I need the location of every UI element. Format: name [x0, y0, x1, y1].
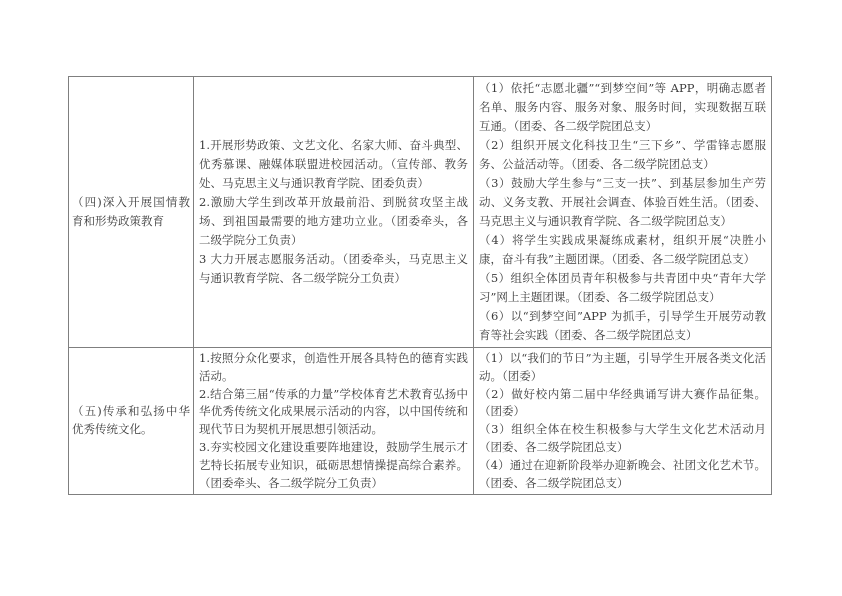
measure-item: 2.激励大学生到改革开放最前沿、到脱贫攻坚主战场、到祖国最需要的地方建功立业。（… [199, 193, 468, 250]
category-text: （四)深入开展国情教育和形势政策教育 [72, 193, 190, 231]
detail-item: （1）依托“志愿北疆”“到梦空间”等 APP，明确志愿者名单、服务内容、服务对象… [479, 79, 766, 136]
detail-item: （4）通过在迎新阶段举办迎新晚会、社团文化艺术节。（团委、各二级学院团总支） [479, 457, 766, 493]
table-row: （五)传承和弘扬中华优秀传统文化。 1.按照分众化要求，创造性开展各具特色的德育… [69, 348, 772, 495]
measure-item: 3 大力开展志愿服务活动。（团委牵头，马克思主义与通识教育学院、各二级学院分工负… [199, 250, 468, 288]
details-cell: （1）以“我们的节日”为主题，引导学生开展各类文化活动。（团委） （2）做好校内… [474, 348, 772, 495]
category-cell: （四)深入开展国情教育和形势政策教育 [69, 77, 194, 348]
category-text: （五)传承和弘扬中华优秀传统文化。 [72, 403, 190, 439]
detail-item: （3）鼓励大学生参与“三支一扶”、到基层参加生产劳动、义务支教、开展社会调查、体… [479, 174, 766, 231]
detail-item: （3）组织全体在校生积极参与大学生文化艺术活动月（团委、各二级学院团总支） [479, 421, 766, 457]
measure-item: 3.夯实校园文化建设重要阵地建设，鼓励学生展示才艺特长拓展专业知识，砥砺思想情操… [199, 439, 468, 492]
details-cell: （1）依托“志愿北疆”“到梦空间”等 APP，明确志愿者名单、服务内容、服务对象… [474, 77, 772, 348]
detail-item: （1）以“我们的节日”为主题，引导学生开展各类文化活动。（团委） [479, 350, 766, 386]
measures-cell: 1.开展形势政策、文艺文化、名家大师、奋斗典型、优秀慕课、融媒体联盟进校园活动。… [194, 77, 474, 348]
category-cell: （五)传承和弘扬中华优秀传统文化。 [69, 348, 194, 495]
detail-item: （5）组织全体团员青年积极参与共青团中央“青年大学习”网上主题团课。（团委、各二… [479, 269, 766, 307]
detail-item: （2）做好校内第二届中华经典诵写讲大赛作品征集。（团委） [479, 386, 766, 422]
table-row: （四)深入开展国情教育和形势政策教育 1.开展形势政策、文艺文化、名家大师、奋斗… [69, 77, 772, 348]
detail-item: （2）组织开展文化科技卫生“三下乡”、学雷锋志愿服务、公益活动等。（团委、各二级… [479, 136, 766, 174]
measure-item: 2.结合第三届“传承的力量”学校体育艺术教育弘扬中华优秀传统文化成果展示活动的内… [199, 386, 468, 439]
document-page: （四)深入开展国情教育和形势政策教育 1.开展形势政策、文艺文化、名家大师、奋斗… [0, 0, 842, 596]
measure-item: 1.按照分众化要求，创造性开展各具特色的德育实践活动。 [199, 350, 468, 386]
measure-item: 1.开展形势政策、文艺文化、名家大师、奋斗典型、优秀慕课、融媒体联盟进校园活动。… [199, 136, 468, 193]
measures-cell: 1.按照分众化要求，创造性开展各具特色的德育实践活动。 2.结合第三届“传承的力… [194, 348, 474, 495]
work-plan-table: （四)深入开展国情教育和形势政策教育 1.开展形势政策、文艺文化、名家大师、奋斗… [68, 76, 772, 495]
detail-item: （4）将学生实践成果凝练成素材，组织开展“决胜小康，奋斗有我”主题团课。（团委、… [479, 231, 766, 269]
detail-item: （6）以“到梦空间”APP 为抓手，引导学生开展劳动教育等社会实践（团委、各二级… [479, 307, 766, 345]
